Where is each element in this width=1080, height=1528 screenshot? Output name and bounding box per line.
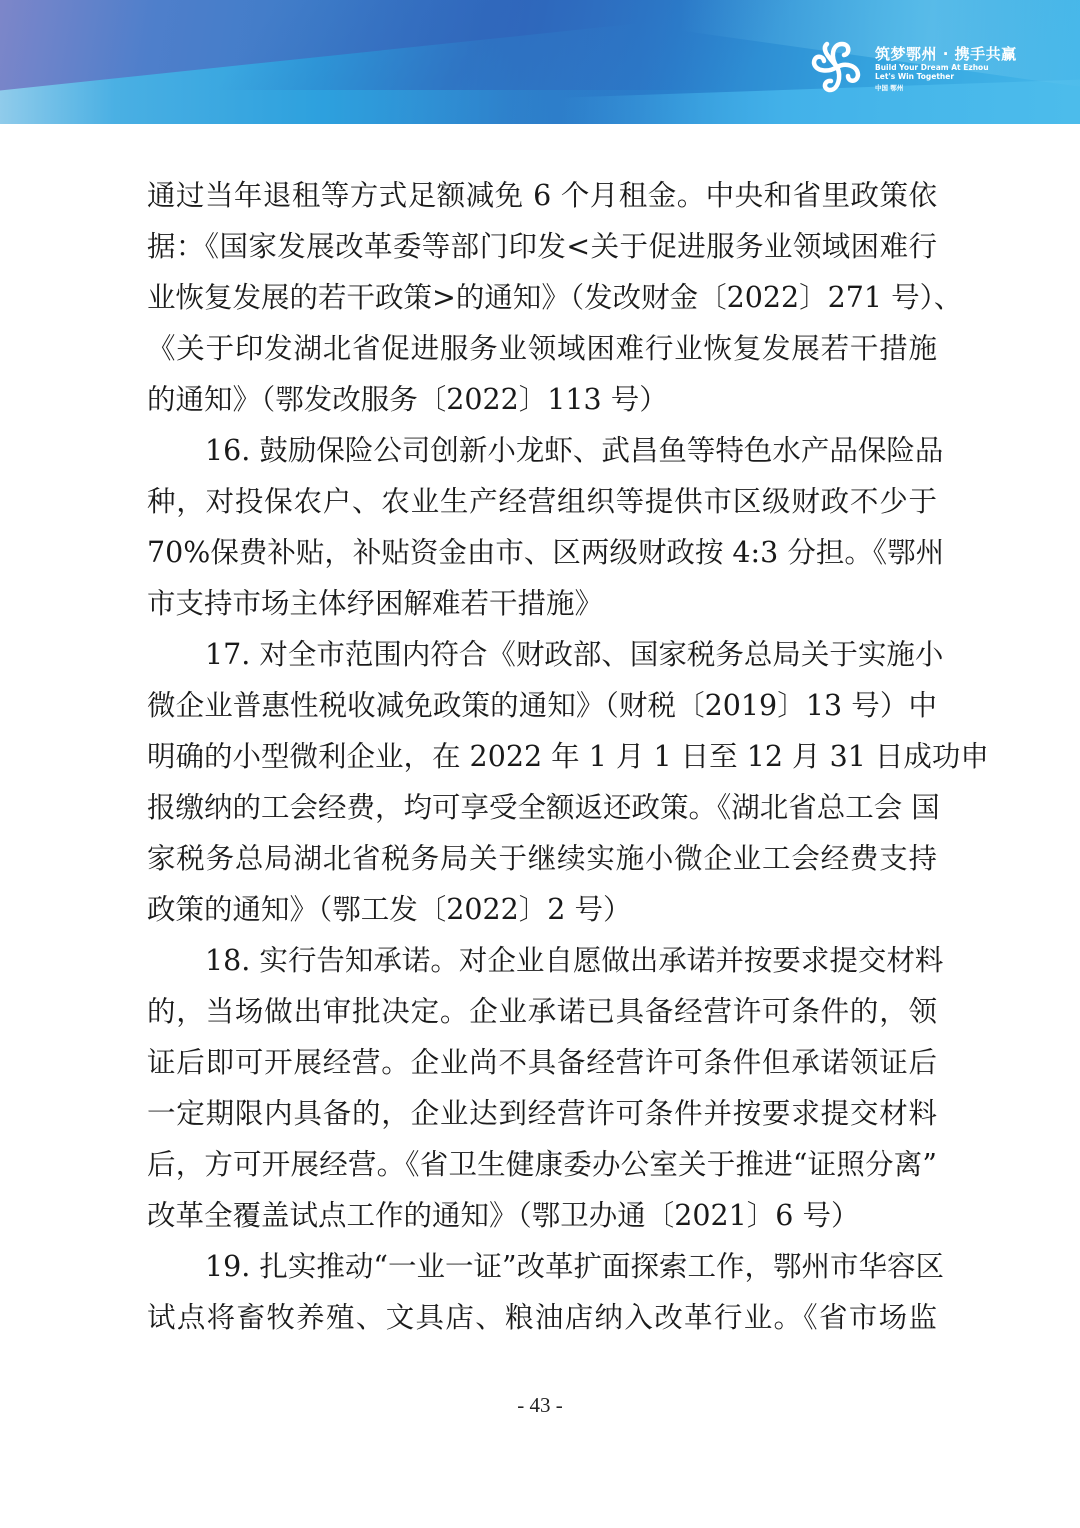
document-body: 通过当年退租等方式足额减免 6 个月租金。中央和省里政策依 据：《国家发展改革委… <box>147 170 937 1343</box>
item-16-start: 16. 鼓励保险公司创新小龙虾、武昌鱼等特色水产品保险品 <box>147 425 937 476</box>
item-18-start: 18. 实行告知承诺。对企业自愿做出承诺并按要求提交材料 <box>147 935 937 986</box>
page-number: - 43 - <box>0 1393 1080 1418</box>
item-19-start: 19. 扎实推动“一业一证”改革扩面探索工作，鄂州市华容区 <box>147 1241 937 1292</box>
text-line: 明确的小型微利企业，在 2022 年 1 月 1 日至 12 月 31 日成功申 <box>147 731 937 782</box>
brand-slogan-cn: 筑梦鄂州 · 携手共赢 <box>875 45 1017 63</box>
text-line: 《关于印发湖北省促进服务业领域困难行业恢复发展若干措施 <box>147 323 937 374</box>
text-line: 业恢复发展的若干政策>的通知》（发改财金〔2022〕271 号）、 <box>147 272 937 323</box>
flower-swirl-logo-icon <box>806 38 868 100</box>
page-header-banner: 筑梦鄂州 · 携手共赢 Build Your Dream At Ezhou Le… <box>0 0 1080 124</box>
text-line: 70%保费补贴，补贴资金由市、区两级财政按 4:3 分担。《鄂州 <box>147 527 937 578</box>
text-line: 据：《国家发展改革委等部门印发<关于促进服务业领域困难行 <box>147 221 937 272</box>
text-line: 一定期限内具备的，企业达到经营许可条件并按要求提交材料 <box>147 1088 937 1139</box>
text-line: 改革全覆盖试点工作的通知》（鄂卫办通〔2021〕6 号） <box>147 1190 937 1241</box>
text-line: 市支持市场主体纾困解难若干措施》 <box>147 578 937 629</box>
brand-block: 筑梦鄂州 · 携手共赢 Build Your Dream At Ezhou Le… <box>875 45 1017 93</box>
text-line: 证后即可开展经营。企业尚不具备经营许可条件但承诺领证后 <box>147 1037 937 1088</box>
text-line: 通过当年退租等方式足额减免 6 个月租金。中央和省里政策依 <box>147 170 937 221</box>
text-line: 种，对投保农户、农业生产经营组织等提供市区级财政不少于 <box>147 476 937 527</box>
brand-location: 中国 鄂州 <box>875 83 1017 93</box>
text-line: 家税务总局湖北省税务局关于继续实施小微企业工会经费支持 <box>147 833 937 884</box>
text-line: 的，当场做出审批决定。企业承诺已具备经营许可条件的，领 <box>147 986 937 1037</box>
text-line: 政策的通知》（鄂工发〔2022〕2 号） <box>147 884 937 935</box>
item-17-start: 17. 对全市范围内符合《财政部、国家税务总局关于实施小 <box>147 629 937 680</box>
text-line: 微企业普惠性税收减免政策的通知》（财税〔2019〕13 号）中 <box>147 680 937 731</box>
text-line: 的通知》（鄂发改服务〔2022〕113 号） <box>147 374 937 425</box>
brand-slogan-en-1: Build Your Dream At Ezhou <box>875 63 1017 72</box>
brand-slogan-en-2: Let's Win Together <box>875 72 1017 81</box>
text-line: 试点将畜牧养殖、文具店、粮油店纳入改革行业。《省市场监 <box>147 1292 937 1343</box>
text-line: 后，方可开展经营。《省卫生健康委办公室关于推进“证照分离” <box>147 1139 937 1190</box>
text-line: 报缴纳的工会经费，均可享受全额返还政策。《湖北省总工会 国 <box>147 782 937 833</box>
